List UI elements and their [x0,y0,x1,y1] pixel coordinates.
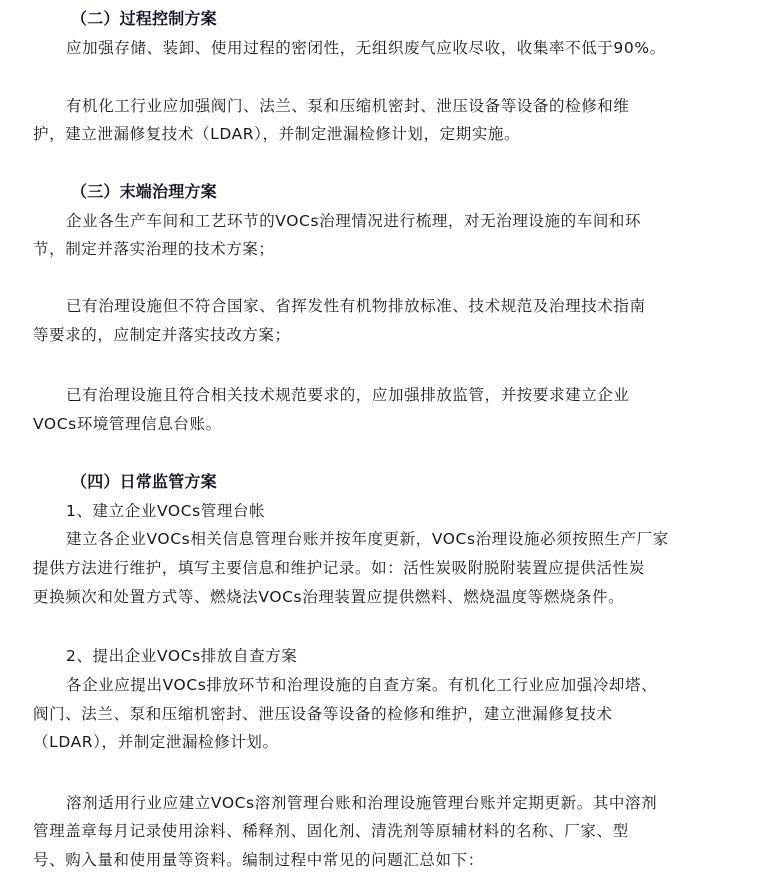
paragraph-line: 阀门、法兰、泵和压缩机密封、泄压设备等设备的检修和维护，建立泄漏修复技术 [33,700,733,728]
paragraph-line: 护，建立泄漏修复技术（LDAR），并制定泄漏检修计划，定期实施。 [33,120,733,148]
paragraph-line: 管理盖章每月记录使用涂料、稀释剂、固化剂、清洗剂等原辅材料的名称、厂家、型 [33,817,733,845]
paragraph-line: 更换频次和处置方式等、燃烧法VOCs治理装置应提供燃料、燃烧温度等燃烧条件。 [33,583,733,611]
paragraph-line: （LDAR），并制定泄漏检修计划。 [33,728,733,756]
subsection-title-ledger: 1、建立企业VOCs管理台帐 [33,497,762,525]
paragraph-line: 企业各生产车间和工艺环节的VOCs治理情况进行梳理，对无治理设施的车间和环 [33,207,762,235]
section-heading-process-control: （二）过程控制方案 [33,5,762,33]
paragraph-line: 有机化工行业应加强阀门、法兰、泵和压缩机密封、泄压设备等设备的检修和维 [33,92,762,120]
paragraph-line: 各企业应提出VOCs排放环节和治理设施的自查方案。有机化工行业应加强冷却塔、 [33,671,762,699]
paragraph-line: 已有治理设施且符合相关技术规范要求的，应加强排放监管，并按要求建立企业 [33,381,762,409]
paragraph-line: 节，制定并落实治理的技术方案； [33,235,733,263]
paragraph-line: 应加强存储、装卸、使用过程的密闭性，无组织废气应收尽收，收集率不低于90%。 [33,34,762,62]
section-heading-daily-supervision: （四）日常监管方案 [33,468,762,496]
paragraph-line: 提供方法进行维护，填写主要信息和维护记录。如：活性炭吸附脱附装置应提供活性炭 [33,554,733,582]
paragraph-line: 已有治理设施但不符合国家、省挥发性有机物排放标准、技术规范及治理技术指南 [33,292,762,320]
paragraph-line: 等要求的，应制定并落实技改方案； [33,321,733,349]
subsection-title-self-inspection: 2、提出企业VOCs排放自查方案 [33,642,762,670]
paragraph-line: VOCs环境管理信息台账。 [33,410,733,438]
paragraph-line: 建立各企业VOCs相关信息管理台账并按年度更新，VOCs治理设施必须按照生产厂家 [33,525,762,553]
section-heading-end-treatment: （三）末端治理方案 [33,178,762,206]
paragraph-line: 溶剂适用行业应建立VOCs溶剂管理台账和治理设施管理台账并定期更新。其中溶剂 [33,789,762,817]
paragraph-line: 号、购入量和使用量等资料。编制过程中常见的问题汇总如下： [33,846,733,874]
